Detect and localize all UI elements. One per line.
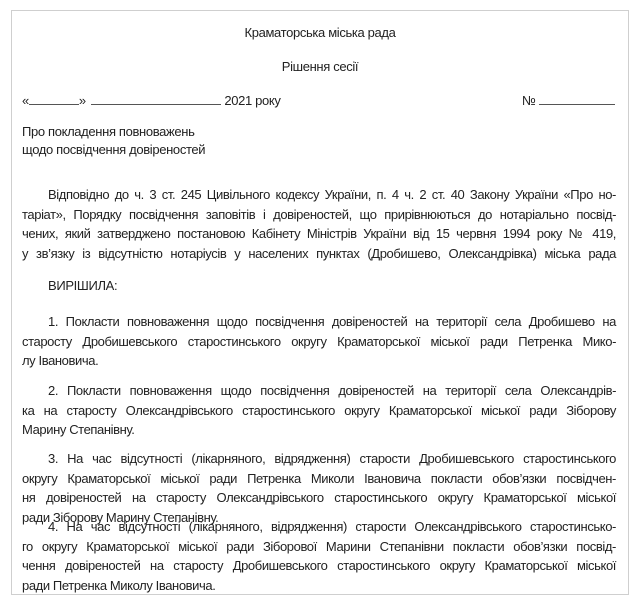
resolution-item-2: 2. Покласти повноваження щодо посвідченн… [22, 381, 616, 440]
open-quote: « [22, 93, 29, 108]
day-blank [29, 92, 79, 105]
month-blank [91, 92, 221, 105]
organization-title: Краматорська міська рада [12, 25, 628, 41]
document-type: Рішення сесії [12, 59, 628, 75]
subject-line-1: Про покладення повноважень [22, 124, 195, 140]
resolved-label: ВИРІШИЛА: [48, 278, 117, 294]
date-field: «» 2021 року [22, 92, 281, 109]
year-text: 2021 року [224, 93, 280, 108]
number-field: № [522, 92, 615, 109]
resolution-item-3: 3. На час відсутності (лікарняного, відр… [22, 449, 616, 527]
close-quote: » [79, 93, 86, 108]
resolution-item-4: 4. На час відсутності (лікарняного, відр… [22, 517, 616, 595]
resolution-item-1: 1. Покласти повноваження щодо посвідченн… [22, 312, 616, 371]
subject-line-2: щодо посвідчення довіреностей [22, 142, 205, 158]
number-blank [539, 92, 615, 105]
number-label: № [522, 93, 536, 108]
preamble-paragraph: Відповідно до ч. 3 ст. 245 Цивільного ко… [22, 185, 616, 263]
document-page: Краматорська міська рада Рішення сесії «… [11, 10, 629, 595]
